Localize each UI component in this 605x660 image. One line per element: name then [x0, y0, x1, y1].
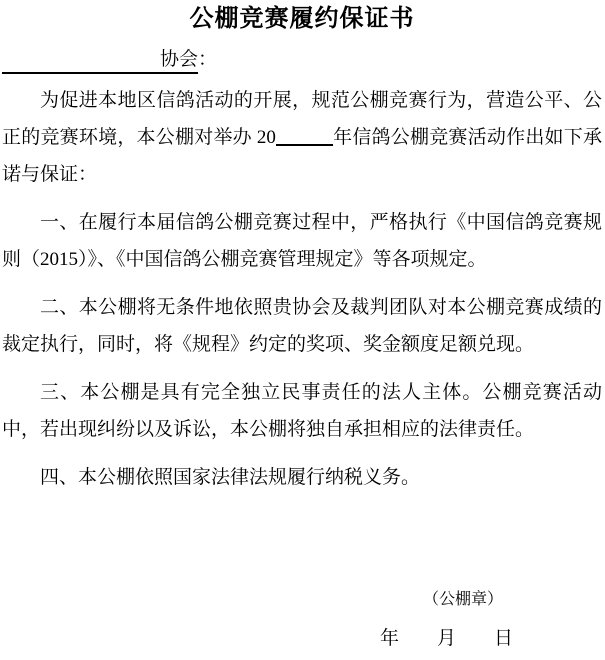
clause-3: 三、本公棚是具有完全独立民事责任的法人主体。公棚竞赛活动中，若出现纠纷以及诉讼，…: [2, 374, 602, 448]
association-colon: ：: [198, 49, 217, 70]
clause-2: 二、本公棚将无条件地依照贵协会及裁判团队对本公棚竞赛成绩的裁定执行，同时，将《规…: [2, 289, 602, 363]
seal-note: （公棚章）: [2, 590, 602, 610]
date-line: 年 月 日: [2, 626, 602, 652]
association-label: 协会: [160, 49, 198, 70]
document-title: 公棚竞赛履约保证书: [2, 3, 602, 35]
year-blank[interactable]: [276, 136, 333, 146]
association-name-blank[interactable]: [2, 63, 160, 65]
document-page: 公棚竞赛履约保证书 协会： 为促进本地区信鸽活动的开展，规范公棚竞赛行为，营造公…: [0, 0, 605, 660]
clause-1: 一、在履行本届信鸽公棚竞赛过程中，严格执行《中国信鸽竞赛规则（2015）》、《中…: [2, 204, 602, 278]
year-prefix: 20: [257, 127, 276, 148]
association-name-underline: 协会: [2, 49, 198, 74]
clause-4: 四、本公棚依照国家法律法规履行纳税义务。: [2, 459, 602, 496]
association-line: 协会：: [2, 48, 602, 72]
intro-paragraph: 为促进本地区信鸽活动的开展，规范公棚竞赛行为，营造公平、公正的竞赛环境，本公棚对…: [2, 82, 602, 193]
